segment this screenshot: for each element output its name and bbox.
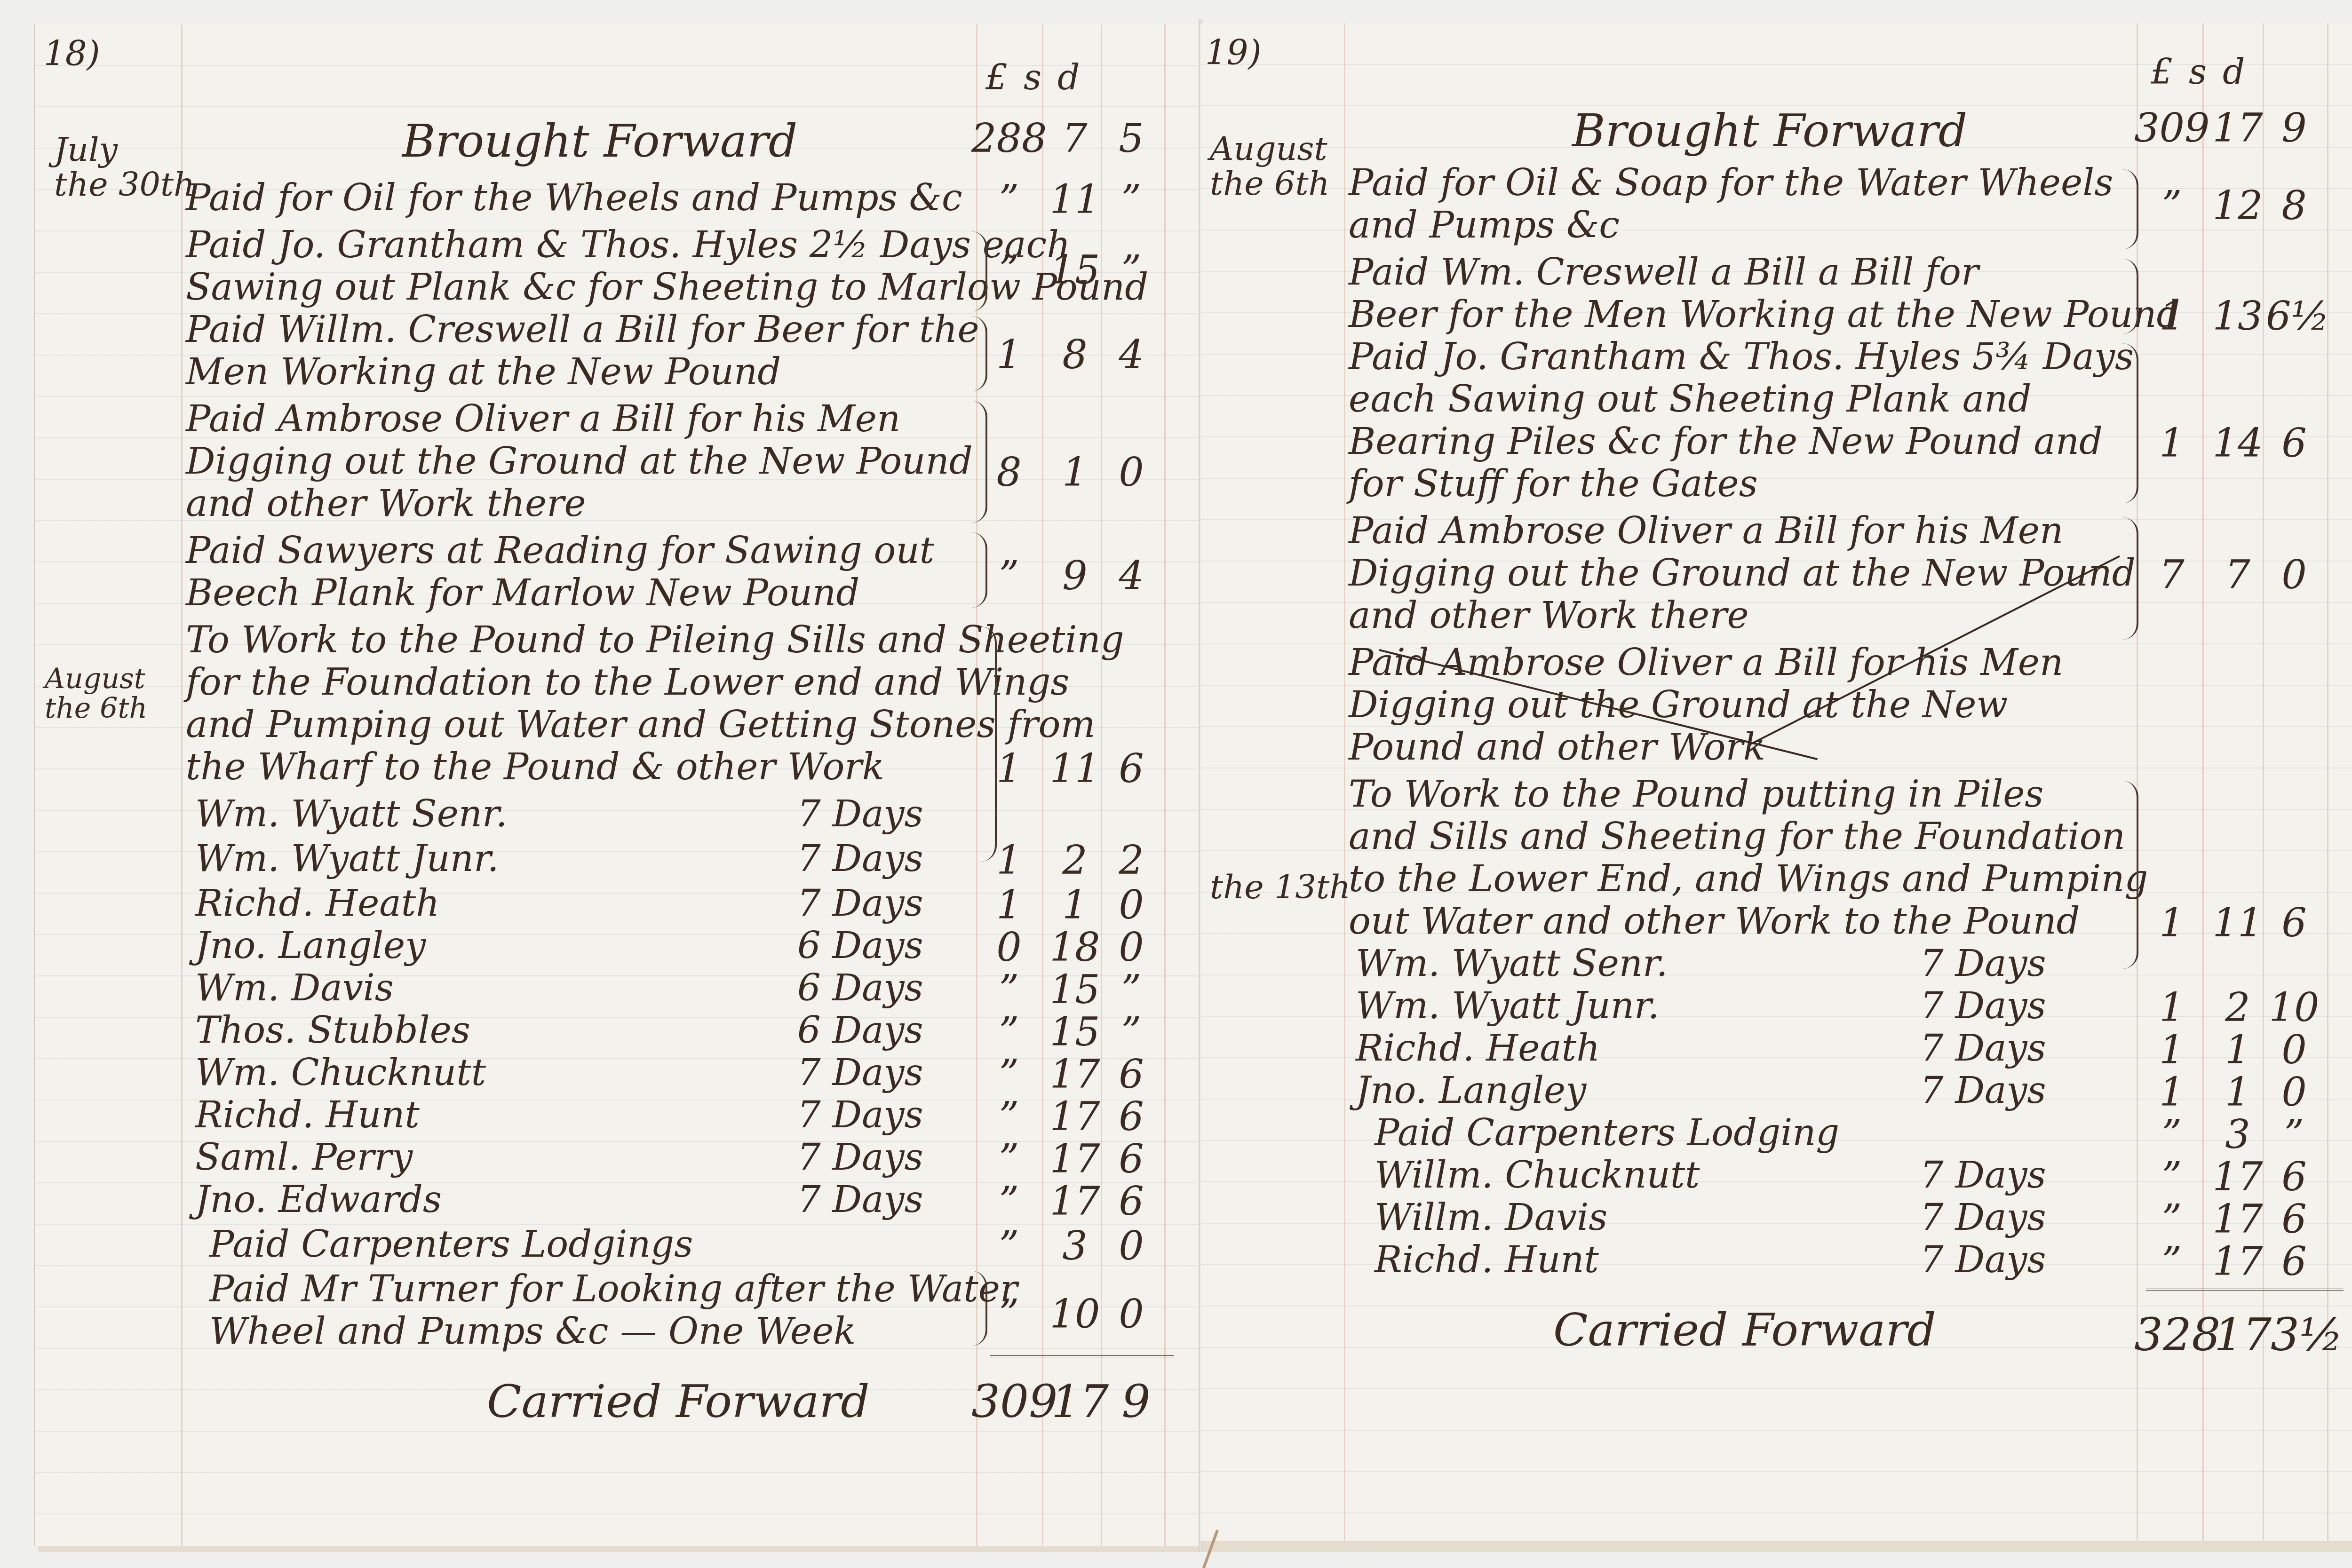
entry-line: Wheel and Pumps &c — One Week <box>209 1313 856 1350</box>
entry-amount: 1116 <box>971 749 1160 788</box>
worker-row: Richd. Hunt7 Days <box>195 1097 923 1133</box>
entry-amount: 1146 <box>2134 423 2322 463</box>
carried-forward-label: Carried Forward <box>1553 1307 1936 1353</box>
entry-amount: ”30 <box>971 1226 1160 1266</box>
worker-row: Wm. Wyatt Junr.7 Days <box>1356 988 2046 1024</box>
entry-line: Paid for Oil & Soap for the Water Wheels <box>1349 165 2113 201</box>
worker-amount: ”176 <box>971 1181 1160 1221</box>
worker-amount: ”176 <box>2134 1199 2322 1239</box>
entry-amount: ”15” <box>971 250 1160 290</box>
margin-date-august: August the 6th <box>1210 132 1330 201</box>
worker-amount: ”176 <box>971 1139 1160 1179</box>
worker-amount: ”176 <box>2134 1157 2322 1196</box>
worker-amount: 110 <box>2134 1072 2322 1112</box>
crossed-entry-line: Paid Ambrose Oliver a Bill for his Men <box>1349 644 2063 681</box>
entry-amount: ”94 <box>971 556 1160 595</box>
outer-rule <box>1164 24 1166 1546</box>
entry-line: Paid Jo. Grantham & Thos. Hyles 5¾ Days <box>1349 339 2134 375</box>
entry-amount: 810 <box>971 452 1160 492</box>
entry-amount: 770 <box>2134 555 2322 594</box>
page-number: 19) <box>1205 33 1262 72</box>
margin-rule <box>181 24 183 1546</box>
ledger-page-right: 19) £sd Brought Forward 309179 August th… <box>1200 24 2352 1541</box>
entry-amount: 184 <box>971 335 1160 374</box>
margin-date-july: July the 30th <box>54 133 195 202</box>
entry-line: Beech Plank for Marlow New Pound <box>186 575 859 611</box>
worker-row: Jno. Langley7 Days <box>1356 1072 2046 1109</box>
worker-amount: ”176 <box>2134 1242 2322 1281</box>
entry-line: Digging out the Ground at the New Pound <box>186 443 973 480</box>
entry-line: to the Lower End, and Wings and Pumping <box>1349 861 2148 897</box>
entry-amount: ”11” <box>971 180 1160 219</box>
worker-amount: ”176 <box>971 1097 1160 1136</box>
page-number: 18) <box>44 34 100 73</box>
entry-line: Paid Wm. Creswell a Bill a Bill for <box>1349 254 1979 291</box>
worker-amount: 110 <box>971 885 1160 925</box>
margin-date-august: August the 6th <box>45 664 147 723</box>
pounds-header: £ <box>2151 52 2189 92</box>
worker-row: Saml. Perry7 Days <box>195 1139 923 1176</box>
brought-forward-label: Brought Forward <box>402 119 797 164</box>
pence-header: d <box>1057 57 1096 98</box>
worker-row: Wm. Wyatt Junr.7 Days <box>195 840 923 877</box>
entry-amount: ”128 <box>2134 186 2322 225</box>
carried-forward-amount: 328173½ <box>2134 1312 2336 1357</box>
worker-row: Wm. Davis6 Days <box>195 970 923 1006</box>
shillings-header: s <box>1024 57 1057 98</box>
entry-line: and other Work there <box>186 485 586 522</box>
entry-line: Paid Ambrose Oliver a Bill for his Men <box>186 401 900 437</box>
crossed-entry-line: Pound and other Work <box>1349 729 1765 766</box>
total-rule <box>2146 1289 2344 1293</box>
worker-amount: ”176 <box>971 1054 1160 1094</box>
entry-line: the Wharf to the Pound & other Work <box>186 749 884 785</box>
worker-row: Richd. Heath7 Days <box>195 885 923 922</box>
entry-line: and other Work there <box>1349 597 1749 634</box>
entry-line: for the Foundation to the Lower end and … <box>186 664 1069 701</box>
entry-line: Paid Sawyers at Reading for Sawing out <box>186 532 934 569</box>
worker-amount: ”15” <box>971 970 1160 1009</box>
entry-line: Beer for the Men Working at the New Poun… <box>1349 296 2180 333</box>
entry-line: out Water and other Work to the Pound <box>1349 903 2080 940</box>
carried-forward-amount: 309179 <box>971 1379 1164 1424</box>
margin-date-13th: the 13th <box>1210 870 1351 905</box>
entry-line: Men Working at the New Pound <box>186 354 781 390</box>
worker-row: Wm. Wyatt Senr.7 Days <box>1356 945 2046 982</box>
entry-amount: ”100 <box>971 1294 1160 1334</box>
worker-row: Jno. Langley6 Days <box>195 927 923 964</box>
pence-header: d <box>2223 52 2261 92</box>
entry-line: To Work to the Pound putting in Piles <box>1349 776 2043 813</box>
worker-amount: 122 <box>971 840 1160 880</box>
entry-line: Paid Jo. Grantham & Thos. Hyles 2½ Days … <box>186 227 1070 263</box>
carried-forward-label: Carried Forward <box>487 1379 870 1424</box>
brought-forward-label: Brought Forward <box>1572 108 1967 153</box>
margin-rule <box>1344 24 1345 1541</box>
entry-line: Paid for Oil for the Wheels and Pumps &c <box>186 180 962 216</box>
worker-row: Wm. Wyatt Senr.7 Days <box>195 796 923 832</box>
worker-amount: ”3” <box>2134 1115 2322 1154</box>
worker-row: Paid Carpenters Lodging <box>1375 1115 1920 1151</box>
worker-row: Richd. Hunt7 Days <box>1375 1242 2046 1278</box>
entry-line: Paid Ambrose Oliver a Bill for his Men <box>1349 513 2063 549</box>
column-headers: £sd <box>985 57 1096 98</box>
entry-line: Paid Carpenters Lodgings <box>209 1226 693 1263</box>
crossed-entry-line: Digging out the Ground at the New <box>1349 687 2008 723</box>
entry-line: for Stuff for the Gates <box>1349 466 1758 502</box>
entry-line: Paid Willm. Creswell a Bill for Beer for… <box>186 311 979 348</box>
brought-forward-amount: 28875 <box>971 119 1160 158</box>
entry-line: Paid Mr Turner for Looking after the Wat… <box>209 1271 1017 1307</box>
brought-forward-amount: 309179 <box>2134 108 2322 148</box>
entry-amount: 1116 <box>2134 903 2322 942</box>
worker-row: Thos. Stubbles6 Days <box>195 1012 923 1049</box>
worker-amount: ”15” <box>971 1012 1160 1052</box>
entry-line: and Pumping out Water and Getting Stones… <box>186 706 1095 743</box>
worker-row: Jno. Edwards7 Days <box>195 1181 923 1218</box>
entry-line: each Sawing out Sheeting Plank and <box>1349 381 2031 418</box>
entry-line: Bearing Piles &c for the New Pound and <box>1349 423 2103 460</box>
worker-amount: 110 <box>2134 1030 2322 1069</box>
column-headers: £sd <box>2151 52 2261 92</box>
entry-line: Digging out the Ground at the New Pound <box>1349 555 2136 592</box>
worker-row: Wm. Chucknutt7 Days <box>195 1054 923 1091</box>
total-rule <box>990 1355 1174 1360</box>
worker-row: Richd. Heath7 Days <box>1356 1030 2046 1067</box>
shillings-header: s <box>2189 52 2223 92</box>
pounds-header: £ <box>985 57 1024 98</box>
worker-row: Willm. Davis7 Days <box>1375 1199 2046 1236</box>
entry-line: and Sills and Sheeting for the Foundatio… <box>1349 818 2125 855</box>
worker-row: Willm. Chucknutt7 Days <box>1375 1157 2046 1194</box>
entry-line: and Pumps &c <box>1349 207 1620 244</box>
entry-amount: 1136½ <box>2134 296 2322 336</box>
ledger-page-left: 18) £sd Brought Forward 28875 July the 3… <box>34 24 1201 1546</box>
bracket <box>981 626 997 862</box>
worker-amount: 0180 <box>971 927 1160 967</box>
worker-amount: 1210 <box>2134 988 2322 1027</box>
